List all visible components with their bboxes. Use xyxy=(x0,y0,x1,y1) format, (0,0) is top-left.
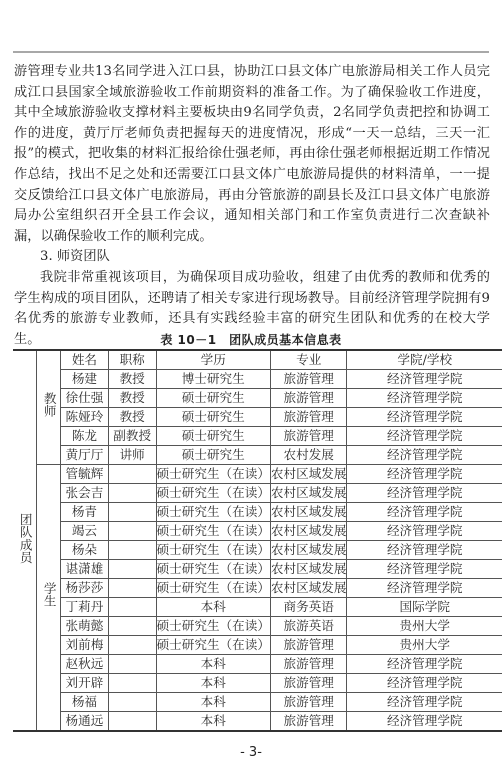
header-rule xyxy=(13,51,489,53)
table-row: 徐仕强 教授 硕士研究生 旅游管理 经济管理学院 xyxy=(13,389,502,408)
outer-group-label: 团队成员 xyxy=(18,513,32,563)
header-education: 学历 xyxy=(156,350,270,370)
cell-name: 黄厅厅 xyxy=(61,446,109,465)
table-row: 杨建 教授 博士研究生 旅游管理 经济管理学院 xyxy=(13,370,502,389)
cell-title xyxy=(108,522,156,541)
cell-major: 农村发展 xyxy=(270,446,347,465)
table-row: 刘前梅 硕士研究生（在读） 旅游管理 贵州大学 xyxy=(13,636,502,655)
cell-title: 副教授 xyxy=(108,427,156,446)
cell-education: 博士研究生 xyxy=(156,370,270,389)
teacher-group-label: 教师 xyxy=(42,392,56,417)
cell-major: 农村区域发展 xyxy=(270,522,347,541)
cell-name: 徐仕强 xyxy=(61,389,109,408)
cell-education: 本科 xyxy=(156,655,270,674)
paragraph-continuation: 游管理专业共13名同学进入江口县，协助江口县文体广电旅游局相关工作人员完成江口县… xyxy=(14,62,490,247)
table-row: 黄厅厅 讲师 硕士研究生 农村发展 经济管理学院 xyxy=(13,446,502,465)
table-row: 竭云 硕士研究生（在读） 农村区域发展 经济管理学院 xyxy=(13,522,502,541)
cell-education: 硕士研究生（在读） xyxy=(156,465,270,484)
cell-name: 刘开辟 xyxy=(61,674,109,693)
cell-education: 硕士研究生（在读） xyxy=(156,560,270,579)
cell-major: 旅游管理 xyxy=(270,636,347,655)
table-row: 张萌懿 硕士研究生（在读） 旅游英语 贵州大学 xyxy=(13,617,502,636)
cell-school: 经济管理学院 xyxy=(347,712,502,732)
cell-title: 教授 xyxy=(108,370,156,389)
header-title: 职称 xyxy=(108,350,156,370)
cell-title xyxy=(108,636,156,655)
cell-name: 赵秋远 xyxy=(61,655,109,674)
cell-major: 旅游管理 xyxy=(270,693,347,712)
cell-school: 经济管理学院 xyxy=(347,503,502,522)
cell-name: 竭云 xyxy=(61,522,109,541)
cell-title: 教授 xyxy=(108,408,156,427)
table-row: 杨朵 硕士研究生（在读） 农村区域发展 经济管理学院 xyxy=(13,541,502,560)
cell-name: 谌潇雄 xyxy=(61,560,109,579)
cell-name: 张萌懿 xyxy=(61,617,109,636)
cell-education: 硕士研究生 xyxy=(156,446,270,465)
student-group-cell: 学生 xyxy=(37,465,61,732)
cell-title xyxy=(108,693,156,712)
cell-title xyxy=(108,712,156,732)
cell-school: 经济管理学院 xyxy=(347,655,502,674)
table-caption: 表 10－1 团队成员基本信息表 xyxy=(0,331,502,348)
cell-title xyxy=(108,484,156,503)
cell-education: 硕士研究生（在读） xyxy=(156,522,270,541)
cell-education: 硕士研究生（在读） xyxy=(156,636,270,655)
cell-title: 教授 xyxy=(108,389,156,408)
cell-education: 本科 xyxy=(156,693,270,712)
cell-school: 经济管理学院 xyxy=(347,522,502,541)
cell-major: 农村区域发展 xyxy=(270,503,347,522)
cell-major: 旅游英语 xyxy=(270,617,347,636)
cell-major: 旅游管理 xyxy=(270,674,347,693)
cell-school: 经济管理学院 xyxy=(347,560,502,579)
header-name: 姓名 xyxy=(61,350,109,370)
cell-name: 杨青 xyxy=(61,503,109,522)
student-group-label: 学生 xyxy=(42,582,56,607)
cell-school: 经济管理学院 xyxy=(347,465,502,484)
cell-education: 硕士研究生 xyxy=(156,427,270,446)
cell-name: 杨朵 xyxy=(61,541,109,560)
cell-title xyxy=(108,598,156,617)
cell-name: 丁莉丹 xyxy=(61,598,109,617)
table-row: 学生 管毓辉 硕士研究生（在读） 农村区域发展 经济管理学院 xyxy=(13,465,502,484)
cell-name: 陈龙 xyxy=(61,427,109,446)
cell-name: 杨建 xyxy=(61,370,109,389)
table-row: 张会吉 硕士研究生（在读） 农村区域发展 经济管理学院 xyxy=(13,484,502,503)
table-row: 赵秋远 本科 旅游管理 经济管理学院 xyxy=(13,655,502,674)
header-major: 专业 xyxy=(270,350,347,370)
cell-education: 硕士研究生（在读） xyxy=(156,579,270,598)
cell-major: 旅游管理 xyxy=(270,389,347,408)
teacher-group-cell: 教师 xyxy=(37,350,61,465)
cell-name: 陈娅玲 xyxy=(61,408,109,427)
table-row: 谌潇雄 硕士研究生（在读） 农村区域发展 经济管理学院 xyxy=(13,560,502,579)
table-row: 刘开辟 本科 旅游管理 经济管理学院 xyxy=(13,674,502,693)
cell-education: 硕士研究生（在读） xyxy=(156,503,270,522)
cell-school: 经济管理学院 xyxy=(347,427,502,446)
cell-title xyxy=(108,617,156,636)
cell-name: 张会吉 xyxy=(61,484,109,503)
table-row: 杨青 硕士研究生（在读） 农村区域发展 经济管理学院 xyxy=(13,503,502,522)
cell-title xyxy=(108,541,156,560)
cell-education: 硕士研究生 xyxy=(156,408,270,427)
cell-major: 农村区域发展 xyxy=(270,465,347,484)
cell-education: 本科 xyxy=(156,598,270,617)
cell-name: 刘前梅 xyxy=(61,636,109,655)
cell-title xyxy=(108,560,156,579)
cell-name: 杨通远 xyxy=(61,712,109,732)
cell-major: 旅游管理 xyxy=(270,712,347,732)
cell-major: 旅游管理 xyxy=(270,427,347,446)
body-text: 游管理专业共13名同学进入江口县，协助江口县文体广电旅游局相关工作人员完成江口县… xyxy=(14,62,490,350)
cell-name: 管毓辉 xyxy=(61,465,109,484)
cell-education: 本科 xyxy=(156,712,270,732)
cell-title xyxy=(108,579,156,598)
cell-school: 经济管理学院 xyxy=(347,579,502,598)
cell-major: 旅游管理 xyxy=(270,655,347,674)
cell-education: 硕士研究生（在读） xyxy=(156,617,270,636)
cell-title xyxy=(108,465,156,484)
cell-major: 农村区域发展 xyxy=(270,579,347,598)
cell-school: 贵州大学 xyxy=(347,636,502,655)
cell-name: 杨福 xyxy=(61,693,109,712)
cell-major: 旅游管理 xyxy=(270,408,347,427)
cell-major: 农村区域发展 xyxy=(270,560,347,579)
outer-group-cell: 团队成员 xyxy=(13,350,37,731)
cell-education: 硕士研究生（在读） xyxy=(156,541,270,560)
cell-school: 经济管理学院 xyxy=(347,674,502,693)
cell-education: 硕士研究生（在读） xyxy=(156,484,270,503)
cell-school: 经济管理学院 xyxy=(347,408,502,427)
cell-school: 经济管理学院 xyxy=(347,541,502,560)
cell-school: 贵州大学 xyxy=(347,617,502,636)
table-header-row: 团队成员 教师 姓名 职称 学历 专业 学院/学校 xyxy=(13,350,502,370)
cell-title xyxy=(108,655,156,674)
page-number: - 3- xyxy=(0,745,502,760)
cell-title xyxy=(108,503,156,522)
cell-school: 经济管理学院 xyxy=(347,446,502,465)
cell-school: 经济管理学院 xyxy=(347,370,502,389)
cell-major: 旅游管理 xyxy=(270,370,347,389)
section-heading: 3. 师资团队 xyxy=(14,247,490,268)
cell-school: 国际学院 xyxy=(347,598,502,617)
cell-major: 农村区域发展 xyxy=(270,541,347,560)
team-members-table: 团队成员 教师 姓名 职称 学历 专业 学院/学校 杨建 教授 博士研究生 旅游… xyxy=(13,349,502,732)
cell-major: 商务英语 xyxy=(270,598,347,617)
cell-education: 硕士研究生 xyxy=(156,389,270,408)
cell-education: 本科 xyxy=(156,674,270,693)
cell-school: 经济管理学院 xyxy=(347,484,502,503)
cell-major: 农村区域发展 xyxy=(270,484,347,503)
cell-title: 讲师 xyxy=(108,446,156,465)
cell-school: 经济管理学院 xyxy=(347,389,502,408)
table-row: 丁莉丹 本科 商务英语 国际学院 xyxy=(13,598,502,617)
table-row: 杨福 本科 旅游管理 经济管理学院 xyxy=(13,693,502,712)
cell-title xyxy=(108,674,156,693)
table-row: 杨通远 本科 旅游管理 经济管理学院 xyxy=(13,712,502,732)
cell-name: 杨莎莎 xyxy=(61,579,109,598)
table-row: 杨莎莎 硕士研究生（在读） 农村区域发展 经济管理学院 xyxy=(13,579,502,598)
cell-school: 经济管理学院 xyxy=(347,693,502,712)
table-row: 陈娅玲 教授 硕士研究生 旅游管理 经济管理学院 xyxy=(13,408,502,427)
table-row: 陈龙 副教授 硕士研究生 旅游管理 经济管理学院 xyxy=(13,427,502,446)
header-school: 学院/学校 xyxy=(347,350,502,370)
